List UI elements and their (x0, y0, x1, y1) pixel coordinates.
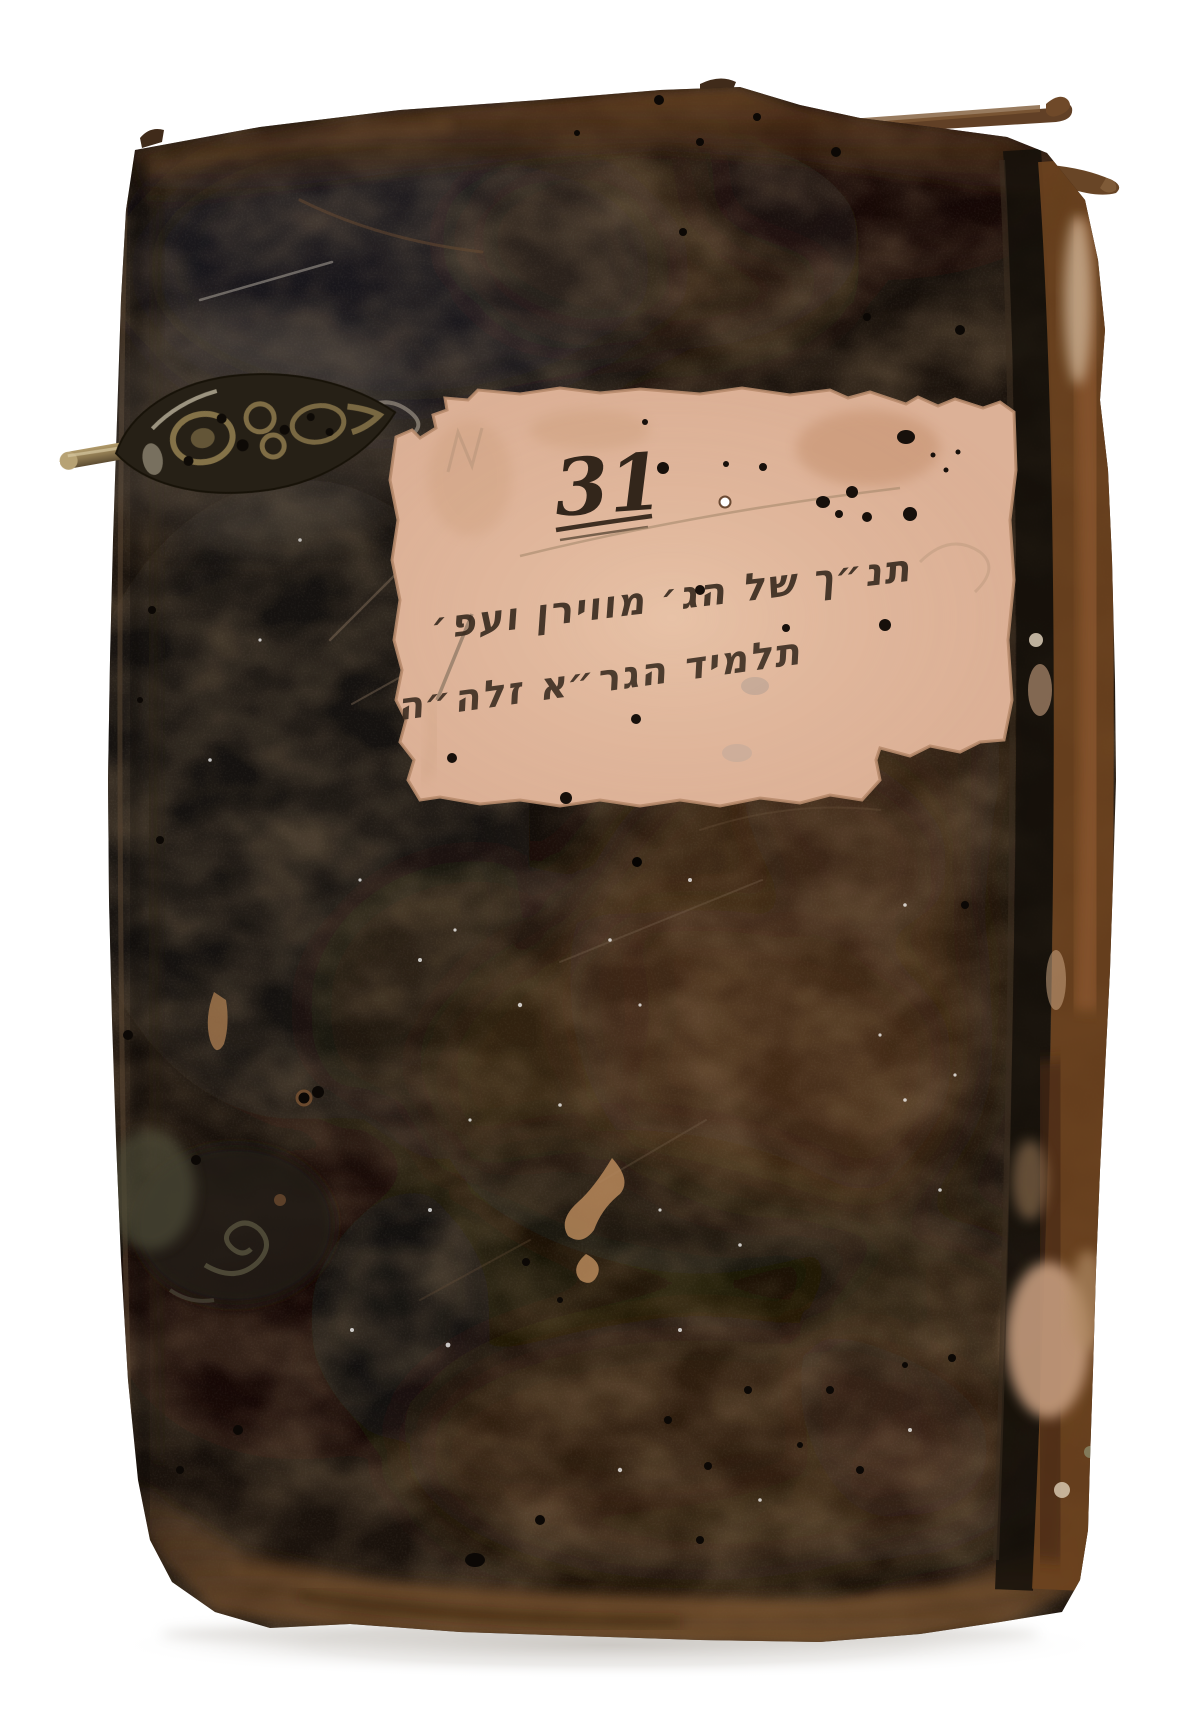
worm-hole-below-label (632, 857, 642, 867)
leather-grain-texture (90, 70, 1150, 1670)
through-hole (720, 497, 731, 508)
book-photo: 31 תנ״ך של הג׳ מווירן ועפ׳ תלמיד הגר״א ז… (0, 0, 1200, 1721)
book-cover (70, 70, 1150, 1670)
paper-label: 31 תנ״ך של הג׳ מווירן ועפ׳ תלמיד הגר״א ז… (390, 388, 1016, 806)
book-photo-canvas: 31 תנ״ך של הג׳ מווירן ועפ׳ תלמיד הגר״א ז… (0, 0, 1200, 1721)
